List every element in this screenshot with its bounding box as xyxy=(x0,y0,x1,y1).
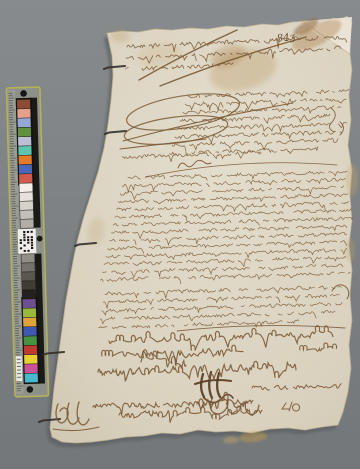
color-patch xyxy=(18,127,32,137)
barcode-cell xyxy=(20,242,22,244)
barcode-cell xyxy=(23,236,25,238)
barcode-cell xyxy=(23,234,25,236)
color-patch xyxy=(24,364,38,374)
barcode-cell xyxy=(23,231,25,233)
target-barcode xyxy=(18,229,37,254)
color-patch xyxy=(23,327,37,337)
color-patch xyxy=(18,136,32,146)
barcode-cell xyxy=(27,239,29,241)
paper-stain xyxy=(346,164,358,196)
color-patch xyxy=(23,336,37,346)
color-patch xyxy=(23,308,37,318)
color-patch xyxy=(19,174,33,184)
color-patch xyxy=(24,345,38,355)
folio-number: 84ʒ xyxy=(276,32,296,45)
barcode-cell xyxy=(24,250,26,252)
barcode-cell xyxy=(20,239,22,241)
barcode-cell xyxy=(24,244,26,246)
color-patch xyxy=(19,183,33,192)
color-patch xyxy=(23,317,37,327)
color-patch xyxy=(20,210,34,219)
color-patch xyxy=(24,373,38,383)
color-patch xyxy=(21,254,35,263)
color-patch xyxy=(22,272,36,281)
color-patch xyxy=(20,201,34,210)
barcode-cell xyxy=(31,244,33,246)
barcode-cell xyxy=(31,239,33,241)
barcode-cell xyxy=(27,231,29,233)
color-patch xyxy=(17,109,31,119)
color-patch xyxy=(21,263,35,272)
color-patch xyxy=(22,290,36,299)
color-patch xyxy=(19,192,33,201)
barcode-cell xyxy=(27,242,29,244)
color-patch xyxy=(19,164,33,174)
color-patch xyxy=(20,219,34,228)
color-patch xyxy=(24,355,38,365)
paper-stain xyxy=(110,30,130,42)
barcode-cell xyxy=(31,247,33,249)
barcode-cell xyxy=(20,247,22,249)
color-patch xyxy=(22,299,36,309)
barcode-cell xyxy=(23,239,25,241)
color-patch xyxy=(22,281,36,290)
color-patch xyxy=(18,155,32,165)
color-patch xyxy=(18,146,32,156)
paper-stain xyxy=(345,238,355,262)
barcode-cell xyxy=(31,242,33,244)
scan-scene: 84ʒ xyxy=(0,0,360,469)
barcode-cell xyxy=(27,250,29,252)
color-patch xyxy=(17,99,31,109)
barcode-cell xyxy=(31,231,33,233)
barcode-cell xyxy=(31,236,33,238)
color-patch xyxy=(17,118,31,128)
photo-canvas: 84ʒ xyxy=(0,0,360,469)
barcode-cell xyxy=(27,236,29,238)
